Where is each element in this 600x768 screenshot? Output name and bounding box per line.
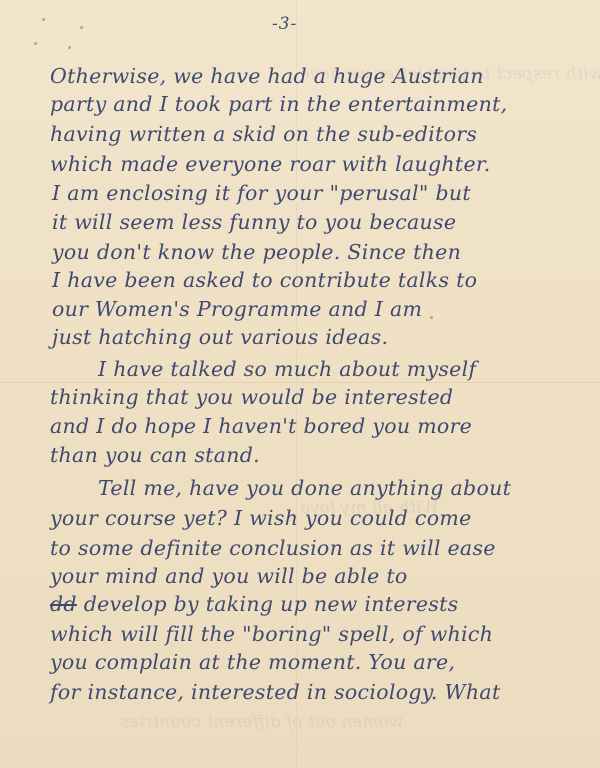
letter-line: for instance, interested in sociology. W… (50, 680, 501, 704)
letter-line: I have been asked to contribute talks to (52, 268, 477, 292)
letter-line: our Women's Programme and I am (52, 297, 422, 321)
letter-line-text: develop by taking up new interests (84, 592, 459, 616)
letter-line: which will fill the "boring" spell, of w… (50, 622, 493, 646)
letter-line: Otherwise, we have had a huge Austrian (50, 64, 484, 88)
letter-line: your course yet? I wish you could come (50, 506, 472, 530)
page-number: -3- (272, 14, 297, 34)
letter-line: you don't know the people. Since then (52, 240, 461, 264)
letter-line: I have talked so much about myself (98, 357, 476, 381)
letter-line: to some definite conclusion as it will e… (50, 536, 496, 560)
letter-line: dd develop by taking up new interests (50, 592, 458, 616)
letter-line: it will seem less funny to you because (52, 210, 456, 234)
struck-word: dd (50, 592, 77, 616)
paper-speck (80, 26, 83, 29)
letter-line: I am enclosing it for your "perusal" but (52, 181, 471, 205)
letter-line: and I do hope I haven't bored you more (50, 414, 472, 438)
paper-speck (68, 46, 71, 49)
reverse-bleed-through: women out of different countries (120, 712, 403, 732)
letter-line: party and I took part in the entertainme… (50, 92, 507, 116)
letter-line: which made everyone roar with laughter. (50, 152, 491, 176)
letter-line: you complain at the moment. You are, (50, 650, 455, 674)
letter-line: just hatching out various ideas. (52, 325, 388, 349)
letter-line: your mind and you will be able to (50, 564, 408, 588)
letter-page: with respect to your letter we have With… (0, 0, 600, 768)
paper-speck (42, 18, 45, 21)
letter-line: than you can stand. (50, 443, 260, 467)
ink-stain (430, 316, 433, 319)
letter-line: Tell me, have you done anything about (98, 476, 511, 500)
paper-fold-horizontal (0, 382, 600, 383)
letter-line: having written a skid on the sub-editors (50, 122, 477, 146)
letter-line: thinking that you would be interested (50, 385, 453, 409)
paper-speck (34, 42, 37, 45)
